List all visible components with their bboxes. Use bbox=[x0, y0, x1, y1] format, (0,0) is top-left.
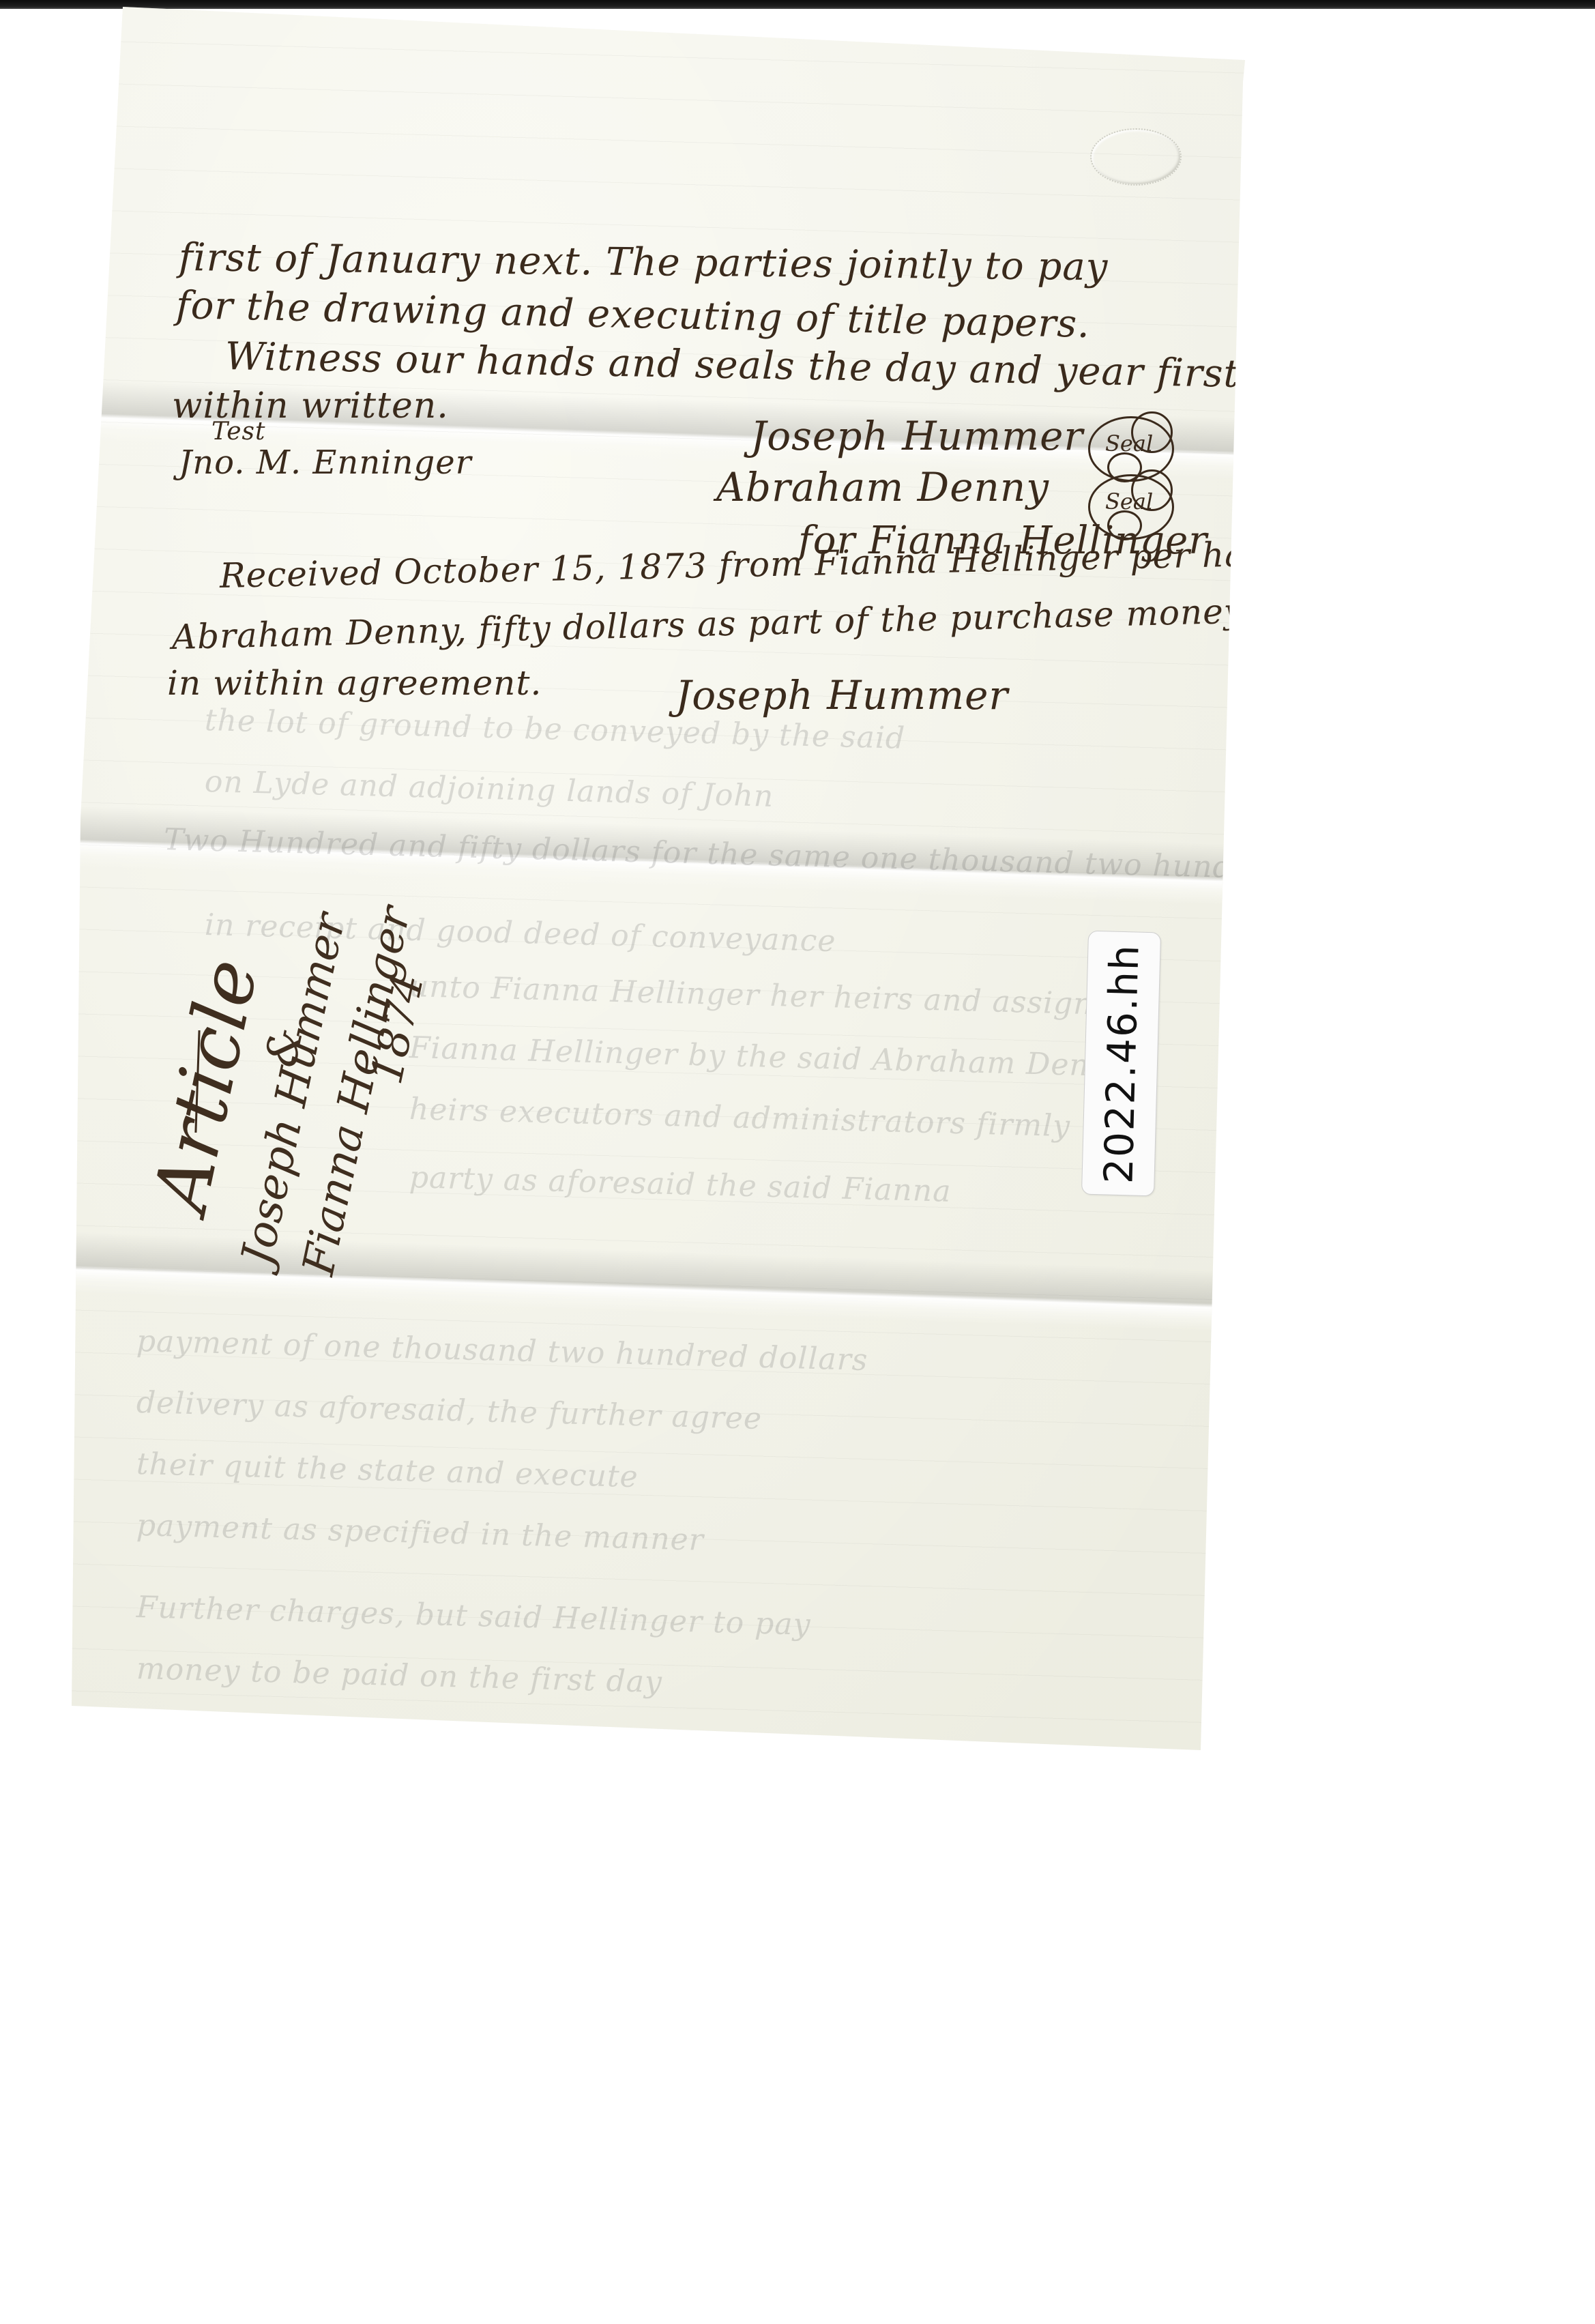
body-line: first of January next. The parties joint… bbox=[179, 235, 1109, 289]
receipt-line: in within agreement. bbox=[167, 663, 542, 703]
receipt-line: Abraham Denny, fifty dollars as part of … bbox=[171, 592, 1244, 657]
bleedthrough-line: delivery as aforesaid, the further agree bbox=[136, 1385, 762, 1436]
signature-joseph-hummer: Joseph Hummer bbox=[750, 413, 1083, 459]
witness-signature: Jno. M. Enninger bbox=[179, 444, 472, 482]
bleedthrough-line: on Lyde and adjoining lands of John bbox=[204, 764, 774, 814]
embossed-stamp-icon bbox=[1090, 128, 1182, 186]
receipt-signature: Joseph Hummer bbox=[675, 672, 1008, 718]
bleedthrough-line: payment of one thousand two hundred doll… bbox=[136, 1324, 868, 1378]
bleedthrough-line: Fianna Hellinger by the said Abraham Den… bbox=[409, 1030, 1127, 1084]
bleedthrough-line: money to be paid on the first day bbox=[136, 1651, 662, 1700]
accession-label: 2022.46.hh bbox=[1081, 931, 1161, 1197]
seal-label: Seal bbox=[1105, 431, 1153, 456]
accession-number: 2022.46.hh bbox=[1095, 943, 1147, 1184]
bleedthrough-line: heirs executors and administrators firml… bbox=[409, 1092, 1070, 1144]
document-sheet: the lot of ground to be conveyed by the … bbox=[0, 0, 1595, 2324]
scanner-edge-strip bbox=[0, 0, 1595, 9]
bleedthrough-line: party as aforesaid the said Fianna bbox=[409, 1160, 952, 1209]
bleedthrough-line: their quit the state and execute bbox=[136, 1447, 639, 1494]
bleedthrough-line: Further charges, but said Hellinger to p… bbox=[136, 1590, 811, 1642]
seal-label: Seal bbox=[1105, 489, 1153, 514]
attestation-label: Test bbox=[211, 418, 265, 446]
bleedthrough-line: payment as specified in the manner bbox=[136, 1508, 704, 1558]
receipt-line: Received October 15, 1873 from Fianna He… bbox=[219, 532, 1355, 596]
bleedthrough-line: unto Fianna Hellinger her heirs and assi… bbox=[409, 969, 1109, 1022]
signature-abraham-denny: Abraham Denny bbox=[716, 464, 1049, 510]
